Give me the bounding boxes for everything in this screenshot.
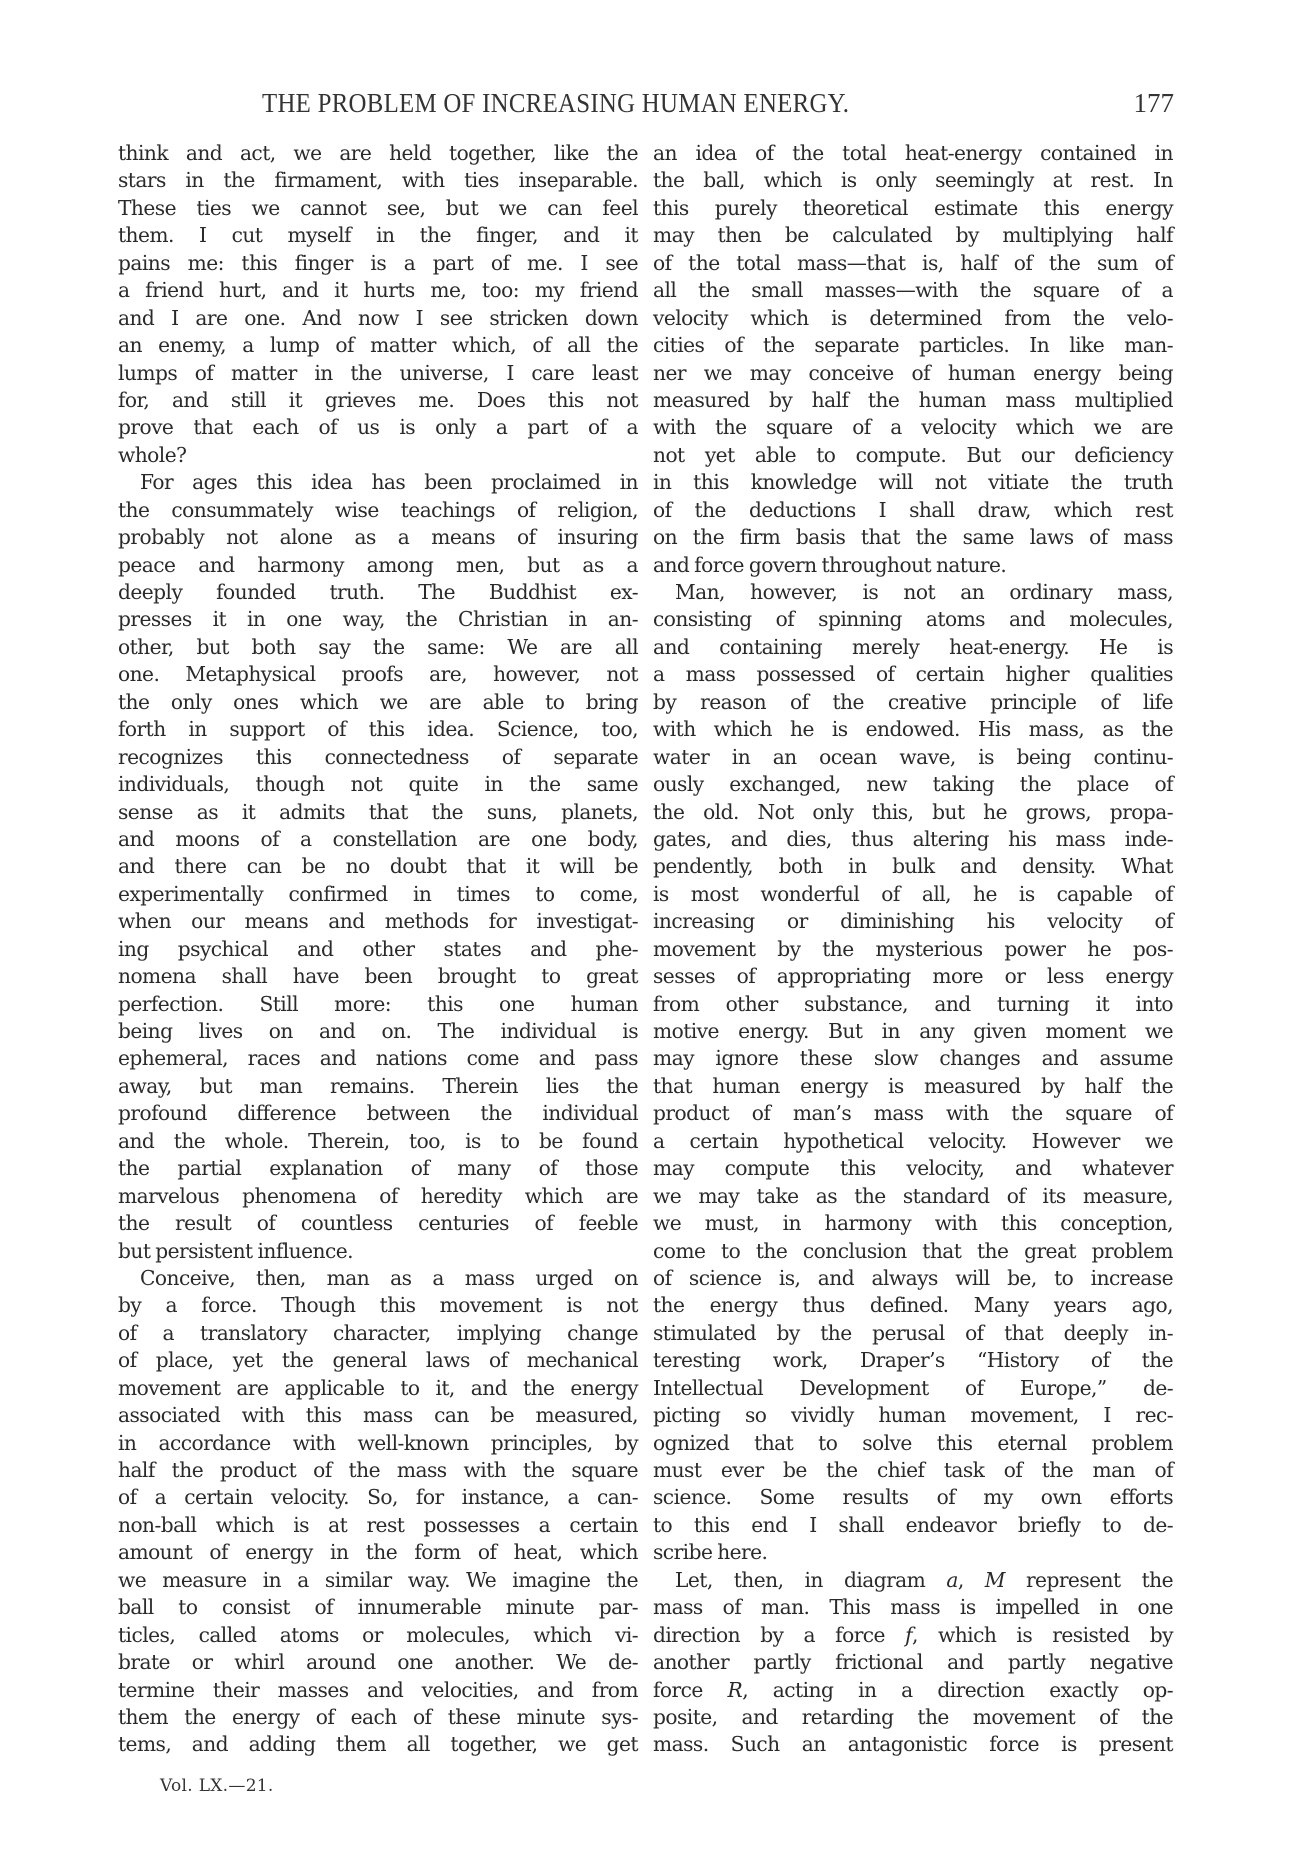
text-line: amount of energy in the form of heat, wh… bbox=[118, 1539, 638, 1566]
text-line: in accordance with well-known principles… bbox=[118, 1430, 638, 1457]
text-line: consisting of spinning atoms and molecul… bbox=[653, 606, 1173, 633]
text-line: another partly frictional and partly neg… bbox=[653, 1649, 1173, 1676]
text-line: this purely theoretical estimate this en… bbox=[653, 195, 1173, 222]
running-header: THE PROBLEM OF INCREASING HUMAN ENERGY. … bbox=[262, 88, 1174, 122]
text-line: and the whole. Therein, too, is to be fo… bbox=[118, 1128, 638, 1155]
inline-text: , acting in a direction exactly op- bbox=[742, 1678, 1173, 1702]
paragraph-start-line: Conceive, then, man as a mass urged on bbox=[118, 1265, 638, 1292]
resistance-symbol: R bbox=[728, 1678, 743, 1702]
text-line: a friend hurt, and it hurts me, too: my … bbox=[118, 277, 638, 304]
text-line: half the product of the mass with the sq… bbox=[118, 1457, 638, 1484]
inline-text: represent the bbox=[1005, 1568, 1173, 1592]
left-column: think and act, we are held together, lik… bbox=[118, 140, 638, 1759]
text-line: an enemy, a lump of matter which, of all… bbox=[118, 332, 638, 359]
text-line: we must, in harmony with this conception… bbox=[653, 1210, 1173, 1237]
text-line: pains me: this finger is a part of me. I… bbox=[118, 250, 638, 277]
text-line: presses it in one way, the Christian in … bbox=[118, 606, 638, 633]
text-line: and containing merely heat-energy. He is bbox=[653, 634, 1173, 661]
text-line: marvelous phenomena of heredity which ar… bbox=[118, 1183, 638, 1210]
right-column: an idea of the total heat-energy contain… bbox=[653, 140, 1173, 1759]
text-line: teresting work, Draper’s “History of the bbox=[653, 1347, 1173, 1374]
paragraph-start-line: Man, however, is not an ordinary mass, bbox=[653, 579, 1173, 606]
text-line: sesses of appropriating more or less ene… bbox=[653, 963, 1173, 990]
text-line: of the deductions I shall draw, which re… bbox=[653, 497, 1173, 524]
text-line: picting so vividly human movement, I rec… bbox=[653, 1402, 1173, 1429]
text-line: forth in support of this idea. Science, … bbox=[118, 716, 638, 743]
text-line: a certain hypothetical velocity. However… bbox=[653, 1128, 1173, 1155]
text-line: with the square of a velocity which we a… bbox=[653, 414, 1173, 441]
text-line: profound difference between the individu… bbox=[118, 1100, 638, 1127]
text-line: the only ones which we are able to bring bbox=[118, 689, 638, 716]
text-line: ball to consist of innumerable minute pa… bbox=[118, 1594, 638, 1621]
text-line: deeply founded truth. The Buddhist ex- bbox=[118, 579, 638, 606]
running-title: THE PROBLEM OF INCREASING HUMAN ENERGY. bbox=[262, 88, 849, 119]
text-line: mass of man. This mass is impelled in on… bbox=[653, 1594, 1173, 1621]
paragraph-end-line: scribe here. bbox=[653, 1539, 1173, 1566]
text-line: ously exchanged, new taking the place of bbox=[653, 771, 1173, 798]
text-line: product of man’s mass with the square of bbox=[653, 1100, 1173, 1127]
text-line: the consummately wise teachings of relig… bbox=[118, 497, 638, 524]
text-line: individuals, though not quite in the sam… bbox=[118, 771, 638, 798]
paragraph-end-line: whole? bbox=[118, 442, 638, 469]
text-line: for, and still it grieves me. Does this … bbox=[118, 387, 638, 414]
text-line: measured by half the human mass multipli… bbox=[653, 387, 1173, 414]
text-line: not yet able to compute. But our deficie… bbox=[653, 442, 1173, 469]
text-line: recognizes this connectedness of separat… bbox=[118, 744, 638, 771]
text-line: when our means and methods for investiga… bbox=[118, 908, 638, 935]
text-line: velocity which is determined from the ve… bbox=[653, 305, 1173, 332]
text-line: of a translatory character, implying cha… bbox=[118, 1320, 638, 1347]
text-line: probably not alone as a means of insurin… bbox=[118, 524, 638, 551]
text-line: a mass possessed of certain higher quali… bbox=[653, 661, 1173, 688]
text-line: come to the conclusion that the great pr… bbox=[653, 1238, 1173, 1265]
text-line: perfection. Still more: this one human bbox=[118, 991, 638, 1018]
text-line: sense as it admits that the suns, planet… bbox=[118, 799, 638, 826]
inline-text: , bbox=[958, 1568, 985, 1592]
text-line: ognized that to solve this eternal probl… bbox=[653, 1430, 1173, 1457]
text-line: associated with this mass can be measure… bbox=[118, 1402, 638, 1429]
text-line: cities of the separate particles. In lik… bbox=[653, 332, 1173, 359]
text-line: direction by a force f, which is resiste… bbox=[653, 1622, 1173, 1649]
text-line: motive energy. But in any given moment w… bbox=[653, 1018, 1173, 1045]
text-line: movement are applicable to it, and the e… bbox=[118, 1375, 638, 1402]
text-line: other, but both say the same: We are all bbox=[118, 634, 638, 661]
text-line: away, but man remains. Therein lies the bbox=[118, 1073, 638, 1100]
text-line: experimentally confirmed in times to com… bbox=[118, 881, 638, 908]
text-line: we may take as the standard of its measu… bbox=[653, 1183, 1173, 1210]
text-line: and I are one. And now I see stricken do… bbox=[118, 305, 638, 332]
text-line: to this end I shall endeavor briefly to … bbox=[653, 1512, 1173, 1539]
text-line: ticles, called atoms or molecules, which… bbox=[118, 1622, 638, 1649]
text-line: water in an ocean wave, is being continu… bbox=[653, 744, 1173, 771]
text-line: movement by the mysterious power he pos- bbox=[653, 936, 1173, 963]
text-line: brate or whirl around one another. We de… bbox=[118, 1649, 638, 1676]
text-line: force R, acting in a direction exactly o… bbox=[653, 1677, 1173, 1704]
text-line: prove that each of us is only a part of … bbox=[118, 414, 638, 441]
text-line: stars in the firmament, with ties insepa… bbox=[118, 167, 638, 194]
text-line: mass. Such an antagonistic force is pres… bbox=[653, 1731, 1173, 1758]
text-line: them. I cut myself in the finger, and it bbox=[118, 222, 638, 249]
text-line: we measure in a similar way. We imagine … bbox=[118, 1567, 638, 1594]
text-line: non-ball which is at rest possesses a ce… bbox=[118, 1512, 638, 1539]
text-line: stimulated by the perusal of that deeply… bbox=[653, 1320, 1173, 1347]
text-line: an idea of the total heat-energy contain… bbox=[653, 140, 1173, 167]
text-line: increasing or diminishing his velocity o… bbox=[653, 908, 1173, 935]
text-line: that human energy is measured by half th… bbox=[653, 1073, 1173, 1100]
text-line: from other substance, and turning it int… bbox=[653, 991, 1173, 1018]
text-line: These ties we cannot see, but we can fee… bbox=[118, 195, 638, 222]
inline-text: force bbox=[653, 1678, 728, 1702]
text-line: the ball, which is only seemingly at res… bbox=[653, 167, 1173, 194]
text-line: posite, and retarding the movement of th… bbox=[653, 1704, 1173, 1731]
text-line: the partial explanation of many of those bbox=[118, 1155, 638, 1182]
text-line: pendently, both in bulk and density. Wha… bbox=[653, 853, 1173, 880]
text-line: them the energy of each of these minute … bbox=[118, 1704, 638, 1731]
text-line: by a force. Though this movement is not bbox=[118, 1292, 638, 1319]
text-line: all the small masses—with the square of … bbox=[653, 277, 1173, 304]
paragraph-end-line: and force govern throughout nature. bbox=[653, 552, 1173, 579]
text-line: may ignore these slow changes and assume bbox=[653, 1045, 1173, 1072]
text-line: may then be calculated by multiplying ha… bbox=[653, 222, 1173, 249]
inline-text: Let, then, in diagram bbox=[675, 1568, 946, 1592]
text-line: of the total mass—that is, half of the s… bbox=[653, 250, 1173, 277]
text-line: gates, and dies, thus altering his mass … bbox=[653, 826, 1173, 853]
text-line: the old. Not only this, but he grows, pr… bbox=[653, 799, 1173, 826]
text-line: of a certain velocity. So, for instance,… bbox=[118, 1484, 638, 1511]
text-line: nomena shall have been brought to great bbox=[118, 963, 638, 990]
text-line: think and act, we are held together, lik… bbox=[118, 140, 638, 167]
text-line: in this knowledge will not vitiate the t… bbox=[653, 469, 1173, 496]
text-line: Intellectual Development of Europe,” de- bbox=[653, 1375, 1173, 1402]
force-symbol: f bbox=[905, 1623, 912, 1647]
text-line: on the firm basis that the same laws of … bbox=[653, 524, 1173, 551]
text-line: termine their masses and velocities, and… bbox=[118, 1677, 638, 1704]
page-number: 177 bbox=[1134, 88, 1175, 119]
text-line: and moons of a constellation are one bod… bbox=[118, 826, 638, 853]
text-line: ner we may conceive of human energy bein… bbox=[653, 360, 1173, 387]
text-line: ephemeral, races and nations come and pa… bbox=[118, 1045, 638, 1072]
text-line: may compute this velocity, and whatever bbox=[653, 1155, 1173, 1182]
paragraph-start-line: Let, then, in diagram a, M represent the bbox=[653, 1567, 1173, 1594]
paragraph-end-line: but persistent influence. bbox=[118, 1238, 638, 1265]
text-line: of place, yet the general laws of mechan… bbox=[118, 1347, 638, 1374]
inline-text: , which is resisted by bbox=[912, 1623, 1173, 1647]
text-line: and there can be no doubt that it will b… bbox=[118, 853, 638, 880]
text-line: being lives on and on. The individual is bbox=[118, 1018, 638, 1045]
text-line: by reason of the creative principle of l… bbox=[653, 689, 1173, 716]
inline-text: direction by a force bbox=[653, 1623, 905, 1647]
diagram-letter: a bbox=[946, 1568, 958, 1592]
paragraph-start-line: For ages this idea has been proclaimed i… bbox=[118, 469, 638, 496]
text-line: the energy thus defined. Many years ago, bbox=[653, 1292, 1173, 1319]
text-line: one. Metaphysical proofs are, however, n… bbox=[118, 661, 638, 688]
text-line: is most wonderful of all, he is capable … bbox=[653, 881, 1173, 908]
text-line: lumps of matter in the universe, I care … bbox=[118, 360, 638, 387]
signature-mark: Vol. LX.—21. bbox=[160, 1776, 274, 1796]
text-line: science. Some results of my own efforts bbox=[653, 1484, 1173, 1511]
text-line: must ever be the chief task of the man o… bbox=[653, 1457, 1173, 1484]
mass-symbol: M bbox=[985, 1568, 1005, 1592]
text-line: of science is, and always will be, to in… bbox=[653, 1265, 1173, 1292]
text-line: tems, and adding them all together, we g… bbox=[118, 1731, 638, 1758]
text-line: peace and harmony among men, but as a bbox=[118, 552, 638, 579]
text-line: ing psychical and other states and phe- bbox=[118, 936, 638, 963]
text-line: the result of countless centuries of fee… bbox=[118, 1210, 638, 1237]
text-line: with which he is endowed. His mass, as t… bbox=[653, 716, 1173, 743]
